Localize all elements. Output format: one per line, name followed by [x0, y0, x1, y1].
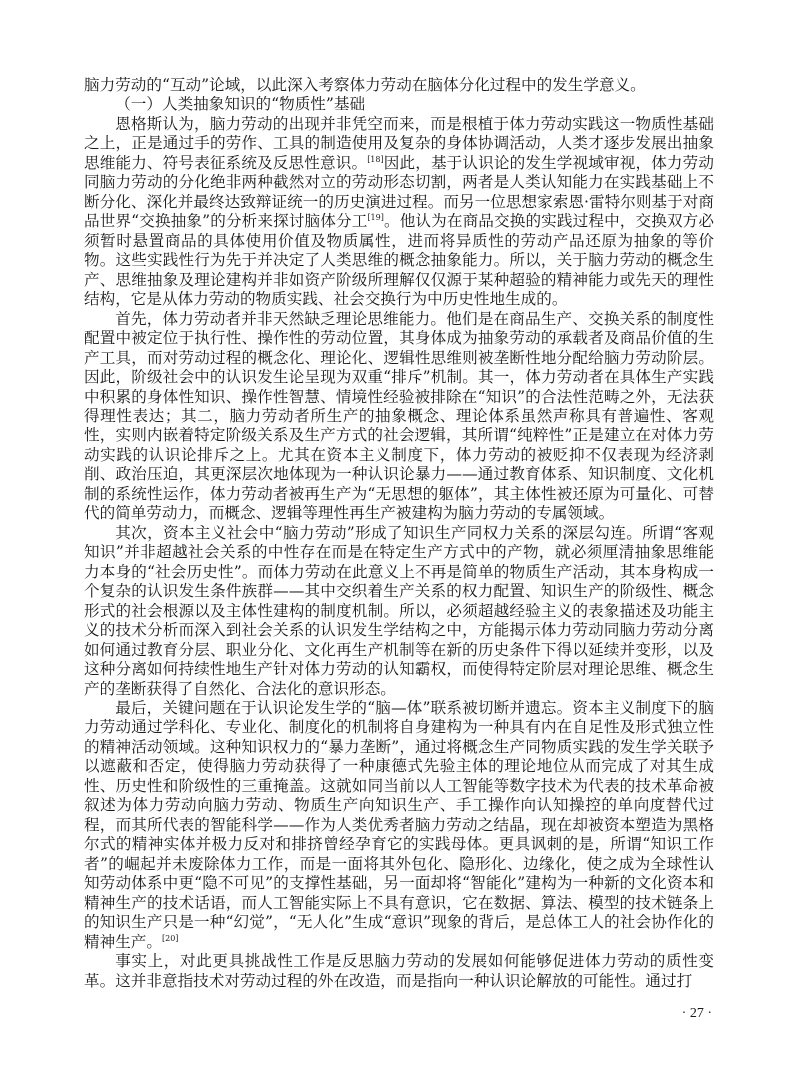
paragraph-engels: 恩格斯认为，脑力劳动的出现并非凭空而来，而是根植于体力劳动实践这一物质性基础之上…: [84, 115, 714, 310]
paragraph-second: 其次，资本主义社会中“脑力劳动”形成了知识生产同权力关系的深层勾连。所谓“客观知…: [84, 524, 714, 699]
article-body: 脑力劳动的“互动”论域，以此深入考察体力劳动在脑体分化过程中的发生学意义。 （一…: [84, 76, 714, 991]
paragraph-first: 首先，体力劳动者并非天然缺乏理论思维能力。他们是在商品生产、交换关系的制度性配置…: [84, 310, 714, 524]
page-number: · 27 ·: [0, 1006, 712, 1022]
section-heading: （一）人类抽象知识的“物质性”基础: [84, 95, 714, 114]
paragraph-finally: 最后，关键问题在于认识论发生学的“脑—体”联系被切断并遗忘。资本主义制度下的脑力…: [84, 699, 714, 952]
paragraph-continuation: 脑力劳动的“互动”论域，以此深入考察体力劳动在脑体分化过程中的发生学意义。: [84, 76, 714, 95]
citation-19: [19]: [367, 213, 383, 222]
citation-18: [18]: [367, 155, 383, 164]
citation-20: [20]: [162, 934, 178, 943]
paragraph-text: 最后，关键问题在于认识论发生学的“脑—体”联系被切断并遗忘。资本主义制度下的脑力…: [84, 699, 714, 951]
paragraph-in-fact: 事实上，对此更具挑战性工作是反思脑力劳动的发展如何能够促进体力劳动的质性变革。这…: [84, 952, 714, 991]
